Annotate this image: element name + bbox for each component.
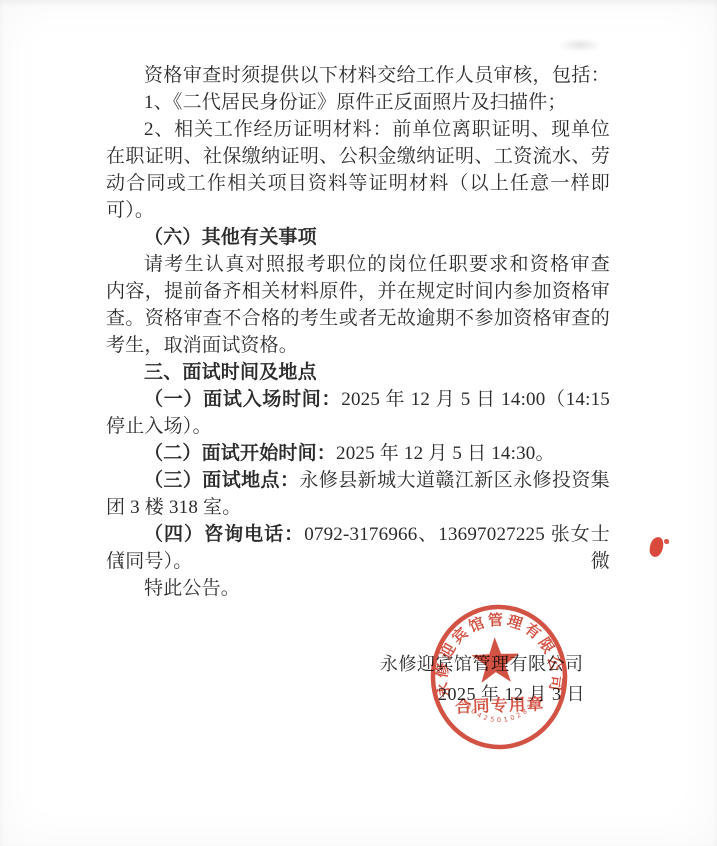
doc-line: （三）面试地点：永修县新城大道赣江新区永修投资集 bbox=[106, 467, 610, 494]
doc-line: 团 3 楼 318 室。 bbox=[106, 494, 610, 521]
doc-line-run: 停止入场）。 bbox=[106, 416, 212, 437]
doc-line: （四）咨询电话：0792-3176966、13697027225 张女士（微 bbox=[106, 521, 610, 548]
seal-star-icon bbox=[471, 636, 520, 683]
doc-line-run: 可）。 bbox=[106, 200, 154, 221]
doc-line-bold-run: （一）面试入场时间： bbox=[144, 389, 341, 410]
company-seal-stamp: 永修迎宾馆管理有限公司 合同专用章 3604250102831 bbox=[411, 589, 587, 765]
doc-line-bold-run: （二）面试开始时间： bbox=[144, 443, 336, 464]
doc-line-bold-run: （三）面试地点： bbox=[144, 470, 299, 491]
notice-body: 资格审查时须提供以下材料交给工作人员审核，包括：1、《二代居民身份证》原件正反面… bbox=[106, 62, 610, 602]
doc-line: （一）面试入场时间：2025 年 12 月 5 日 14:00（14:15 bbox=[106, 386, 610, 413]
scan-smudge bbox=[558, 38, 602, 52]
red-ink-blot bbox=[649, 536, 665, 558]
doc-line-run: 动合同或工作相关项目资料等证明材料（以上任意一样即 bbox=[106, 173, 610, 194]
doc-line-bold-run: （四）咨询电话： bbox=[144, 524, 304, 545]
scanned-notice-page: 资格审查时须提供以下材料交给工作人员审核，包括：1、《二代居民身份证》原件正反面… bbox=[0, 0, 717, 846]
doc-line-run: 内容，提前备齐相关材料原件，并在规定时间内参加资格审 bbox=[106, 281, 610, 302]
doc-line: 资格审查时须提供以下材料交给工作人员审核，包括： bbox=[106, 62, 610, 89]
doc-line-run: 信同号）。 bbox=[106, 551, 193, 572]
doc-line-run: 在职证明、社保缴纳证明、公积金缴纳证明、工资流水、劳 bbox=[106, 146, 610, 167]
doc-line: 停止入场）。 bbox=[106, 413, 610, 440]
doc-line: 1、《二代居民身份证》原件正反面照片及扫描件； bbox=[106, 89, 610, 116]
red-ink-dot bbox=[664, 539, 669, 544]
doc-line-run: 永修县新城大道赣江新区永修投资集 bbox=[299, 470, 610, 491]
doc-line: （六）其他有关事项 bbox=[106, 224, 610, 251]
doc-line-run: 1、《二代居民身份证》原件正反面照片及扫描件； bbox=[144, 92, 567, 113]
doc-line-bold-run: 三、面试时间及地点 bbox=[144, 362, 317, 383]
doc-line: 可）。 bbox=[106, 197, 610, 224]
doc-line-run: 资格审查时须提供以下材料交给工作人员审核，包括： bbox=[144, 65, 610, 86]
doc-line: 考生，取消面试资格。 bbox=[106, 332, 610, 359]
doc-line-run: 2025 年 12 月 5 日 14:30。 bbox=[336, 443, 555, 464]
doc-line: 三、面试时间及地点 bbox=[106, 359, 610, 386]
doc-line-run: 请考生认真对照报考职位的岗位任职要求和资格审查 bbox=[144, 254, 610, 275]
doc-line-run: 查。资格审查不合格的考生或者无故逾期不参加资格审查的 bbox=[106, 308, 610, 329]
doc-line: 请考生认真对照报考职位的岗位任职要求和资格审查 bbox=[106, 251, 610, 278]
doc-line: 在职证明、社保缴纳证明、公积金缴纳证明、工资流水、劳 bbox=[106, 143, 610, 170]
doc-line: 动合同或工作相关项目资料等证明材料（以上任意一样即 bbox=[106, 170, 610, 197]
doc-line-run: 考生，取消面试资格。 bbox=[106, 335, 298, 356]
doc-line-run: 2025 年 12 月 5 日 14:00（14:15 bbox=[341, 389, 610, 410]
doc-line-run: 特此公告。 bbox=[144, 578, 240, 599]
doc-line-run: 团 3 楼 318 室。 bbox=[106, 497, 241, 518]
doc-line: 2、相关工作经历证明材料：前单位离职证明、现单位 bbox=[106, 116, 610, 143]
doc-line-run: 2、相关工作经历证明材料：前单位离职证明、现单位 bbox=[144, 119, 610, 140]
doc-line: 内容，提前备齐相关材料原件，并在规定时间内参加资格审 bbox=[106, 278, 610, 305]
doc-line: （二）面试开始时间：2025 年 12 月 5 日 14:30。 bbox=[106, 440, 610, 467]
doc-line-bold-run: （六）其他有关事项 bbox=[144, 227, 317, 248]
doc-line: 查。资格审查不合格的考生或者无故逾期不参加资格审查的 bbox=[106, 305, 610, 332]
